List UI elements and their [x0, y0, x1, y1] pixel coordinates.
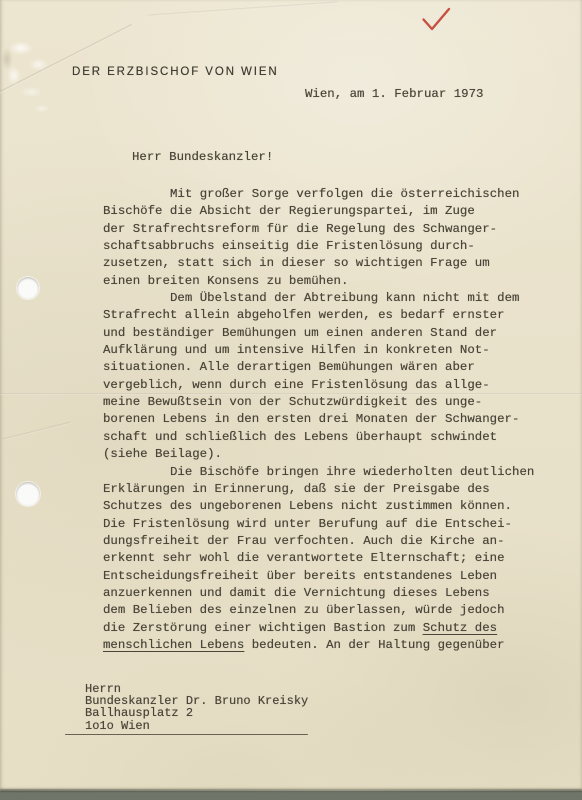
typewritten-line: Mit großer Sorge verfolgen die österreic…: [103, 186, 531, 203]
typewritten-line: der Strafrechtsreform für die Regelung d…: [103, 221, 531, 238]
recipient-line: 1o1o Wien: [85, 720, 308, 732]
text-segment: schaft und schließlich des Lebens überha…: [103, 430, 497, 444]
text-segment: Die Fristenlösung wird unter Berufung au…: [103, 517, 512, 531]
typewritten-line: (siehe Beilage).: [103, 446, 531, 463]
typewritten-line: borenen Lebens in den ersten drei Monate…: [103, 411, 531, 428]
typewritten-line: Erklärungen in Erinnerung, daß sie der P…: [103, 481, 531, 498]
typewritten-line: Schutzes des ungeborenen Lebens nicht zu…: [103, 498, 531, 515]
recipient-line: Ballhausplatz 2: [85, 707, 308, 719]
typewritten-line: Die Bischöfe bringen ihre wiederholten d…: [103, 464, 531, 481]
text-segment: der Strafrechtsreform für die Regelung d…: [103, 222, 497, 236]
paragraph: Die Bischöfe bringen ihre wiederholten d…: [103, 464, 531, 655]
typewritten-line: und beständiger Bemühungen um einen ande…: [103, 325, 531, 342]
text-segment: zusetzen, statt sich in dieser so wichti…: [103, 256, 490, 270]
text-segment: einen breiten Konsens zu bemühen.: [103, 274, 348, 288]
typewritten-line: Aufklärung und um intensive Hilfen in ko…: [103, 342, 531, 359]
text-segment: Strafrecht allein abgeholfen werden, es …: [103, 308, 505, 322]
underlined-text: Schutz des: [423, 621, 497, 635]
red-checkmark-icon: [420, 6, 452, 34]
embossed-seal: [0, 26, 70, 136]
text-segment: erkennt sehr wohl die verantwortete Elte…: [103, 551, 505, 565]
text-segment: Schutzes des ungeborenen Lebens nicht zu…: [103, 499, 512, 513]
typewritten-line: Strafrecht allein abgeholfen werden, es …: [103, 307, 531, 324]
typewritten-line: die Zerstörung einer wichtigen Bastion z…: [103, 620, 531, 637]
text-segment: schaftsabbruchs einseitig die Fristenlös…: [103, 239, 475, 253]
text-segment: Aufklärung und um intensive Hilfen in ko…: [103, 343, 490, 357]
typewritten-line: anzuerkennen und damit die Vernichtung d…: [103, 585, 531, 602]
text-segment: situationen. Alle derartigen Bemühungen …: [103, 360, 475, 374]
typewritten-line: einen breiten Konsens zu bemühen.: [103, 273, 531, 290]
recipient-underline: [65, 734, 308, 735]
recipient-address: HerrnBundeskanzler Dr. Bruno KreiskyBall…: [85, 683, 308, 732]
typewritten-line: meine Bewußtsein von der Schutzwürdigkei…: [103, 394, 531, 411]
text-segment: und beständiger Bemühungen um einen ande…: [103, 326, 497, 340]
text-segment: vergeblich, wenn durch eine Fristenlösun…: [103, 378, 490, 392]
text-segment: die Zerstörung einer wichtigen Bastion z…: [103, 621, 423, 635]
typewritten-line: schaft und schließlich des Lebens überha…: [103, 429, 531, 446]
dateline: Wien, am 1. Februar 1973: [305, 87, 483, 101]
typewritten-line: dem Belieben des einzelnen zu überlassen…: [103, 602, 531, 619]
typewritten-line: vergeblich, wenn durch eine Fristenlösun…: [103, 377, 531, 394]
text-segment: dungsfreiheit der Frau verfochten. Auch …: [103, 534, 505, 548]
text-segment: Bischöfe die Absicht der Regierungsparte…: [103, 204, 475, 218]
text-segment: meine Bewußtsein von der Schutzwürdigkei…: [103, 395, 482, 409]
typewritten-line: Entscheidungsfreiheit über bereits entst…: [103, 568, 531, 585]
text-segment: borenen Lebens in den ersten drei Monate…: [103, 412, 519, 426]
typewritten-line: situationen. Alle derartigen Bemühungen …: [103, 359, 531, 376]
salutation: Herr Bundeskanzler!: [132, 150, 273, 164]
letter-body: Mit großer Sorge verfolgen die österreic…: [103, 186, 531, 654]
text-segment: anzuerkennen und damit die Vernichtung d…: [103, 586, 490, 600]
paper-bottom-edge-shadow: [0, 789, 582, 792]
typewritten-line: menschlichen Lebens bedeuten. An der Hal…: [103, 637, 531, 654]
typewritten-line: erkennt sehr wohl die verantwortete Elte…: [103, 550, 531, 567]
scanned-letter-page: { "letter": { "letterhead": "DER ERZBISC…: [0, 0, 582, 800]
text-segment: Dem Übelstand der Abtreibung kann nicht …: [170, 291, 519, 305]
typewritten-line: schaftsabbruchs einseitig die Fristenlös…: [103, 238, 531, 255]
typewritten-line: zusetzen, statt sich in dieser so wichti…: [103, 255, 531, 272]
punch-hole: [16, 482, 40, 506]
text-segment: Mit großer Sorge verfolgen die österreic…: [170, 187, 519, 201]
typewritten-line: dungsfreiheit der Frau verfochten. Auch …: [103, 533, 531, 550]
underlined-text: menschlichen Lebens: [103, 638, 244, 652]
paragraph: Mit großer Sorge verfolgen die österreic…: [103, 186, 531, 290]
text-segment: dem Belieben des einzelnen zu überlassen…: [103, 603, 505, 617]
text-segment: bedeuten. An der Haltung gegenüber: [244, 638, 504, 652]
text-segment: (siehe Beilage).: [103, 447, 222, 461]
letter-paper: DER ERZBISCHOF VON WIEN Wien, am 1. Febr…: [0, 0, 582, 791]
text-segment: Die Bischöfe bringen ihre wiederholten d…: [170, 465, 534, 479]
paragraph: Dem Übelstand der Abtreibung kann nicht …: [103, 290, 531, 463]
typewritten-line: Dem Übelstand der Abtreibung kann nicht …: [103, 290, 531, 307]
text-segment: Entscheidungsfreiheit über bereits entst…: [103, 569, 497, 583]
paper-crease: [3, 422, 71, 441]
punch-hole: [17, 277, 39, 299]
typewritten-line: Bischöfe die Absicht der Regierungsparte…: [103, 203, 531, 220]
text-segment: Erklärungen in Erinnerung, daß sie der P…: [103, 482, 490, 496]
letterhead-title: DER ERZBISCHOF VON WIEN: [72, 66, 279, 78]
paper-crease: [148, 1, 338, 16]
typewritten-line: Die Fristenlösung wird unter Berufung au…: [103, 516, 531, 533]
